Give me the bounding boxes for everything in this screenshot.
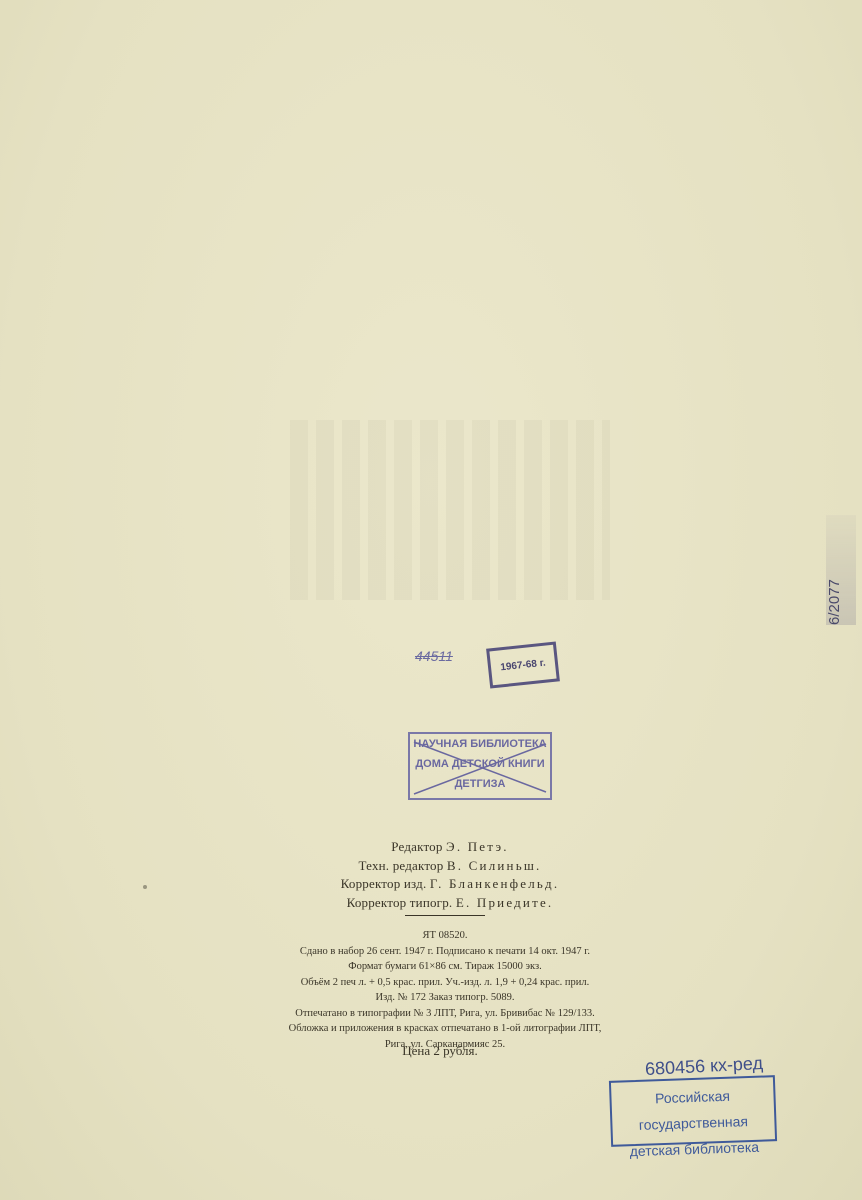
library-stamp-line: НАУЧНАЯ БИБЛИОТЕКА [410, 734, 550, 754]
divider-rule [405, 915, 485, 916]
paper-speck [143, 885, 147, 889]
imprint-line: ЯТ 08520. [255, 928, 635, 944]
rgdb-stamp-line: Российская государственная [611, 1081, 775, 1139]
credit-line: Корректор изд. Г. Бланкенфельд. [300, 875, 600, 894]
imprint-line: Объём 2 печ л. + 0,5 крас. прил. Уч.-изд… [255, 975, 635, 991]
rgdb-stamp-line: детская библиотека [613, 1133, 776, 1165]
inventory-number: 44511 [415, 648, 453, 664]
library-stamp: НАУЧНАЯ БИБЛИОТЕКА ДОМА ДЕТСКОЙ КНИГИ ДЕ… [408, 732, 552, 800]
credits-block: Редактор Э. Петэ. Техн. редактор В. Сили… [300, 838, 600, 912]
show-through-title [290, 420, 610, 600]
credit-line: Редактор Э. Петэ. [300, 838, 600, 857]
library-stamp-line: ДОМА ДЕТСКОЙ КНИГИ [410, 754, 550, 774]
library-stamp-line: ДЕТГИЗА [410, 774, 550, 794]
date-stamp: 1967-68 г. [486, 641, 560, 688]
credit-line: Корректор типогр. Е. Приедите. [300, 894, 600, 913]
imprint-line: Отпечатано в типографии № 3 ЛПТ, Рига, у… [255, 1006, 635, 1022]
imprint-block: ЯТ 08520. Сдано в набор 26 сент. 1947 г.… [255, 928, 635, 1052]
rgdb-library-stamp: Российская государственная детская библи… [609, 1075, 777, 1147]
margin-handwritten-note: 6/2077 [826, 515, 856, 625]
credit-line: Техн. редактор В. Силиньш. [300, 857, 600, 876]
imprint-line: Обложка и приложения в красках отпечатан… [255, 1021, 635, 1037]
imprint-line: Сдано в набор 26 сент. 1947 г. Подписано… [255, 944, 635, 960]
price: Цена 2 рубля. [340, 1043, 540, 1059]
imprint-line: Изд. № 172 Заказ типогр. 5089. [255, 990, 635, 1006]
imprint-line: Формат бумаги 61×86 см. Тираж 15000 экз. [255, 959, 635, 975]
